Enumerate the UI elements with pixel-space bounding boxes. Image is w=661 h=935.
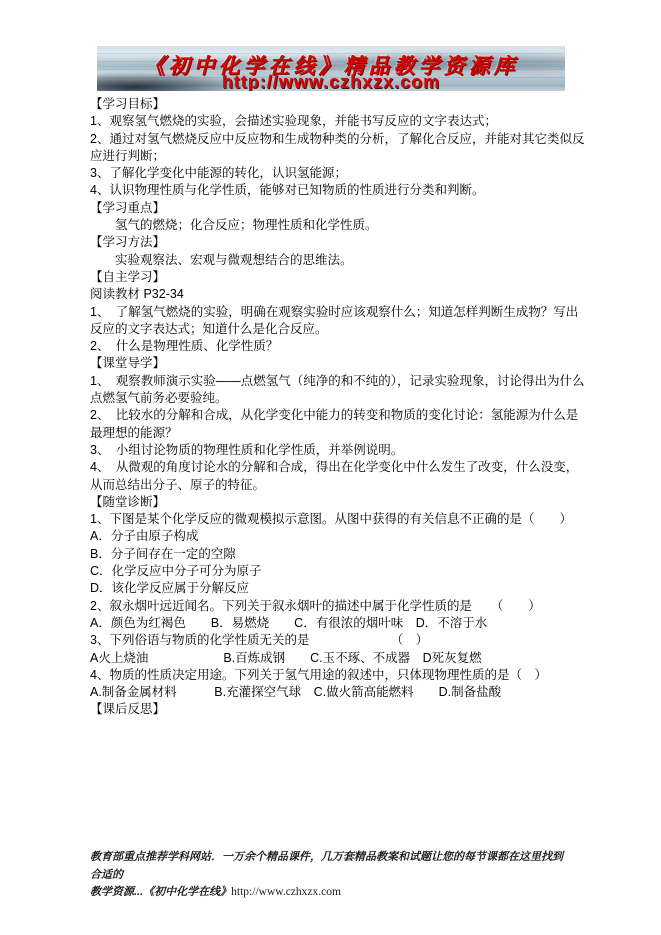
doc-line: 从而总结出分子、原子的特征。 [90, 477, 572, 494]
footer-url: http://www.czhxzx.com [231, 886, 341, 898]
doc-line: 2、通过对氢气燃烧反应中反应物和生成物种类的分析，了解化合反应，并能对其它类似反 [90, 131, 572, 148]
section-header-classroom-guide: 【课堂导学】 [90, 355, 572, 372]
footer-note: 教育部重点推荐学科网站．一万余个精品课件，几万套精品教案和试题让您的每节课都在这… [90, 849, 572, 902]
banner-url-link[interactable]: http://www.czhxzx.com [97, 72, 565, 91]
doc-line: 1、观察氢气燃烧的实验，会描述实验现象，并能书写反应的文字表达式； [90, 113, 572, 130]
section-header-self-study: 【自主学习】 [90, 269, 572, 286]
document-body: 【学习目标】 1、观察氢气燃烧的实验，会描述实验现象，并能书写反应的文字表达式；… [90, 96, 572, 719]
section-header-quiz: 【随堂诊断】 [90, 494, 572, 511]
quiz-question-1: 1、下图是某个化学反应的微观模拟示意图。从图中获得的有关信息不正确的是（ ） [90, 511, 572, 528]
doc-line: 点燃氢气前务必要验纯。 [90, 390, 572, 407]
doc-line: 1、 了解氢气燃烧的实验，明确在观察实验时应该观察什么；知道怎样判断生成物？写出 [90, 304, 572, 321]
doc-line: 实验观察法、宏观与微观想结合的思维法。 [90, 252, 572, 269]
quiz-q1-option-a: A．分子由原子构成 [90, 528, 572, 545]
doc-line: 反应的文字表达式；知道什么是化合反应。 [90, 321, 572, 338]
quiz-q2-options: A．颜色为红褐色 B．易燃烧 C．有很浓的烟叶味 D．不溶于水 [90, 615, 572, 632]
doc-line: 3、 小组讨论物质的物理性质和化学性质，并举例说明。 [90, 442, 572, 459]
quiz-question-2: 2、叙永烟叶远近闻名。下列关于叙永烟叶的描述中属于化学性质的是 （ ） [90, 598, 572, 615]
section-header-study-method: 【学习方法】 [90, 234, 572, 251]
doc-line: 4、认识物理性质与化学性质，能够对已知物质的性质进行分类和判断。 [90, 182, 572, 199]
footer-line-2-text: 教学资源...《初中化学在线》 [90, 886, 231, 898]
quiz-question-3: 3、下列俗语与物质的化学性质无关的是 （ ） [90, 632, 572, 649]
quiz-q4-options: A.制备金属材料 B.充灌探空气球 C.做火箭高能燃料 D.制备盐酸 [90, 684, 572, 701]
doc-line: 阅读教材 P32-34 [90, 286, 572, 303]
footer-line-2: 教学资源...《初中化学在线》http://www.czhxzx.com [90, 884, 572, 902]
quiz-q1-option-d: D．该化学反应属于分解反应 [90, 580, 572, 597]
document-page: 《初中化学在线》精品教学资源库 http://www.czhxzx.com 【学… [0, 0, 661, 935]
quiz-q1-option-b: B．分子间存在一定的空隙 [90, 546, 572, 563]
site-banner-image: 《初中化学在线》精品教学资源库 http://www.czhxzx.com [97, 46, 565, 91]
section-header-key-points: 【学习重点】 [90, 200, 572, 217]
doc-line: 2、 比较水的分解和合成，从化学变化中能力的转变和物质的变化讨论：氢能源为什么是 [90, 407, 572, 424]
doc-line: 2、 什么是物理性质、化学性质？ [90, 338, 572, 355]
doc-line: 氢气的燃烧；化合反应；物理性质和化学性质。 [90, 217, 572, 234]
doc-line: 最理想的能源？ [90, 425, 572, 442]
quiz-q1-option-c: C．化学反应中分子可分为原子 [90, 563, 572, 580]
doc-line: 4、 从微观的角度讨论水的分解和合成，得出在化学变化中什么发生了改变，什么没变， [90, 459, 572, 476]
quiz-q3-options: A火上烧油 B.百炼成钢 C.玉不琢、不成器 D死灰复燃 [90, 650, 572, 667]
footer-line-1: 教育部重点推荐学科网站．一万余个精品课件，几万套精品教案和试题让您的每节课都在这… [90, 849, 572, 884]
doc-line: 3、了解化学变化中能源的转化，认识氢能源； [90, 165, 572, 182]
section-header-learning-goals: 【学习目标】 [90, 96, 572, 113]
doc-line: 1、 观察教师演示实验——点燃氢气（纯净的和不纯的），记录实验现象，讨论得出为什… [90, 373, 572, 390]
quiz-question-4: 4、物质的性质决定用途。下列关于氢气用途的叙述中，只体现物理性质的是（ ） [90, 667, 572, 684]
section-header-reflection: 【课后反思】 [90, 701, 572, 718]
doc-line: 应进行判断； [90, 148, 572, 165]
